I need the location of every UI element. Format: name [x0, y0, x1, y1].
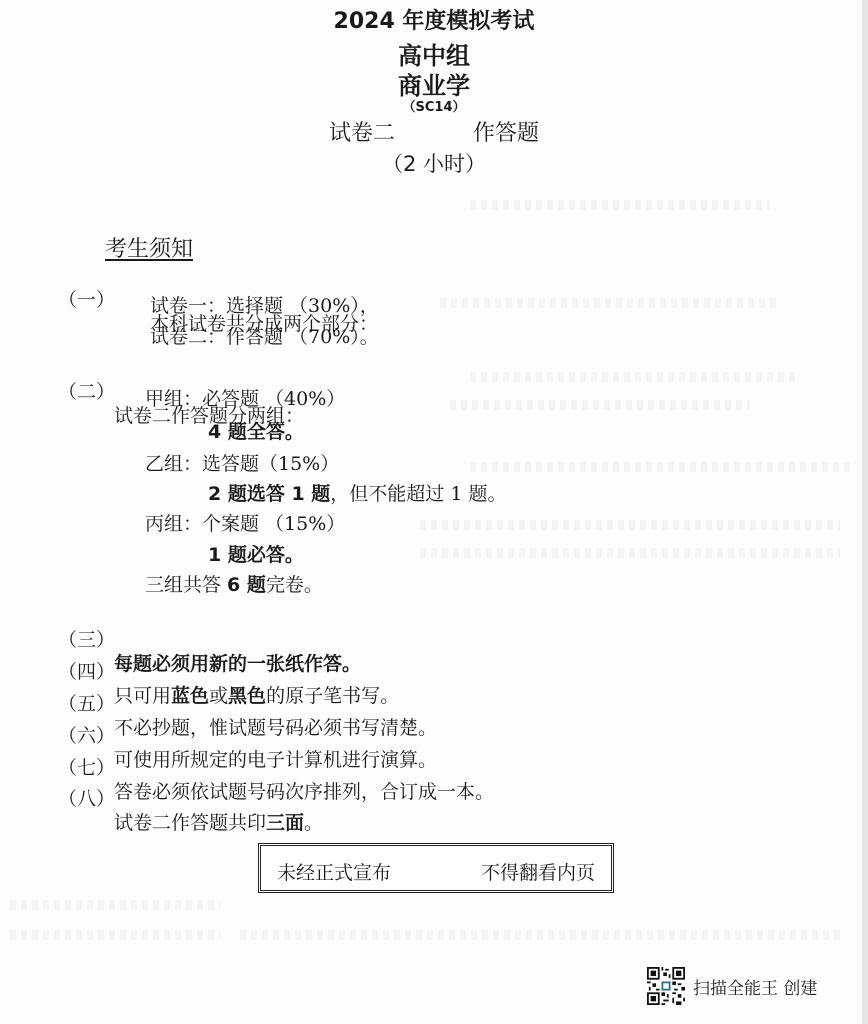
paper-two-weight: 试卷二：作答题 （70%）。 — [150, 325, 379, 349]
exam-cover-page: 2024 年度模拟考试 高中组 商业学 （SC14） 试卷二作答题 （2 小时）… — [0, 0, 862, 1024]
notice-item-8: （八） 试卷二作答题共印三面。 — [58, 763, 82, 859]
warning-left-text: 未经正式宣布 — [277, 858, 391, 885]
item-text: 不必抄题，惟试题号码必须书写清楚。 — [114, 716, 437, 740]
bleed-through — [450, 400, 750, 410]
group-b-label: 乙组：选答题（15%） — [145, 452, 339, 476]
item-text: 只可用蓝色或黑色的原子笔书写。 — [114, 684, 399, 708]
item-text: 试卷二作答题共印三面。 — [114, 811, 323, 835]
notice-item-1: （一） 本科试卷共分成两个部分： — [58, 264, 82, 360]
item-number: （一） — [58, 288, 115, 312]
exam-title: 2024 年度模拟考试 — [0, 4, 868, 35]
bleed-through — [470, 462, 850, 472]
exam-duration: （2 小时） — [0, 148, 868, 178]
paper-type: 作答题 — [473, 121, 539, 146]
bleed-through — [420, 548, 840, 558]
paper-line: 试卷二作答题 — [0, 116, 868, 147]
item-text: 答卷必须依试题号码次序排列，合订成一本。 — [114, 780, 494, 804]
bleed-through — [10, 930, 220, 940]
group-a-rule: 4 题全答。 — [208, 420, 304, 444]
do-not-open-warning-box: 未经正式宣布 不得翻看内页 — [258, 843, 614, 893]
scanner-watermark: 扫描全能王 创建 — [647, 966, 817, 1006]
qr-code-icon — [647, 967, 685, 1005]
bleed-through — [470, 200, 770, 210]
groups-summary: 三组共答 6 题完卷。 — [145, 573, 323, 597]
bleed-through — [420, 520, 840, 530]
bleed-through — [440, 298, 780, 308]
paper-one-weight: 试卷一：选择题 （30%）， — [150, 294, 379, 318]
group-c-rule: 1 题必答。 — [208, 543, 304, 567]
group-c-label: 丙组：个案题 （15%） — [145, 512, 345, 536]
item-number: （二） — [58, 380, 115, 404]
item-text: 可使用所规定的电子计算机进行演算。 — [114, 748, 437, 772]
subject-code: （SC14） — [0, 96, 868, 115]
item-number: （八） — [58, 787, 115, 811]
watermark-text: 扫描全能王 创建 — [693, 974, 817, 999]
bleed-through — [470, 372, 800, 382]
paper-label: 试卷二 — [329, 121, 395, 146]
notice-heading: 考生须知 — [105, 232, 193, 263]
warning-right-text: 不得翻看内页 — [481, 858, 595, 885]
page-edge — [862, 0, 868, 1024]
bleed-through — [10, 900, 220, 910]
notice-item-2: （二） 试卷二作答题分两组： — [58, 356, 82, 452]
group-b-rule: 2 题选答 1 题，但不能超过 1 题。 — [208, 482, 506, 506]
item-text: 每题必须用新的一张纸作答。 — [114, 652, 361, 676]
group-a-label: 甲组：必答题 （40%） — [145, 387, 345, 411]
bleed-through — [240, 930, 840, 940]
